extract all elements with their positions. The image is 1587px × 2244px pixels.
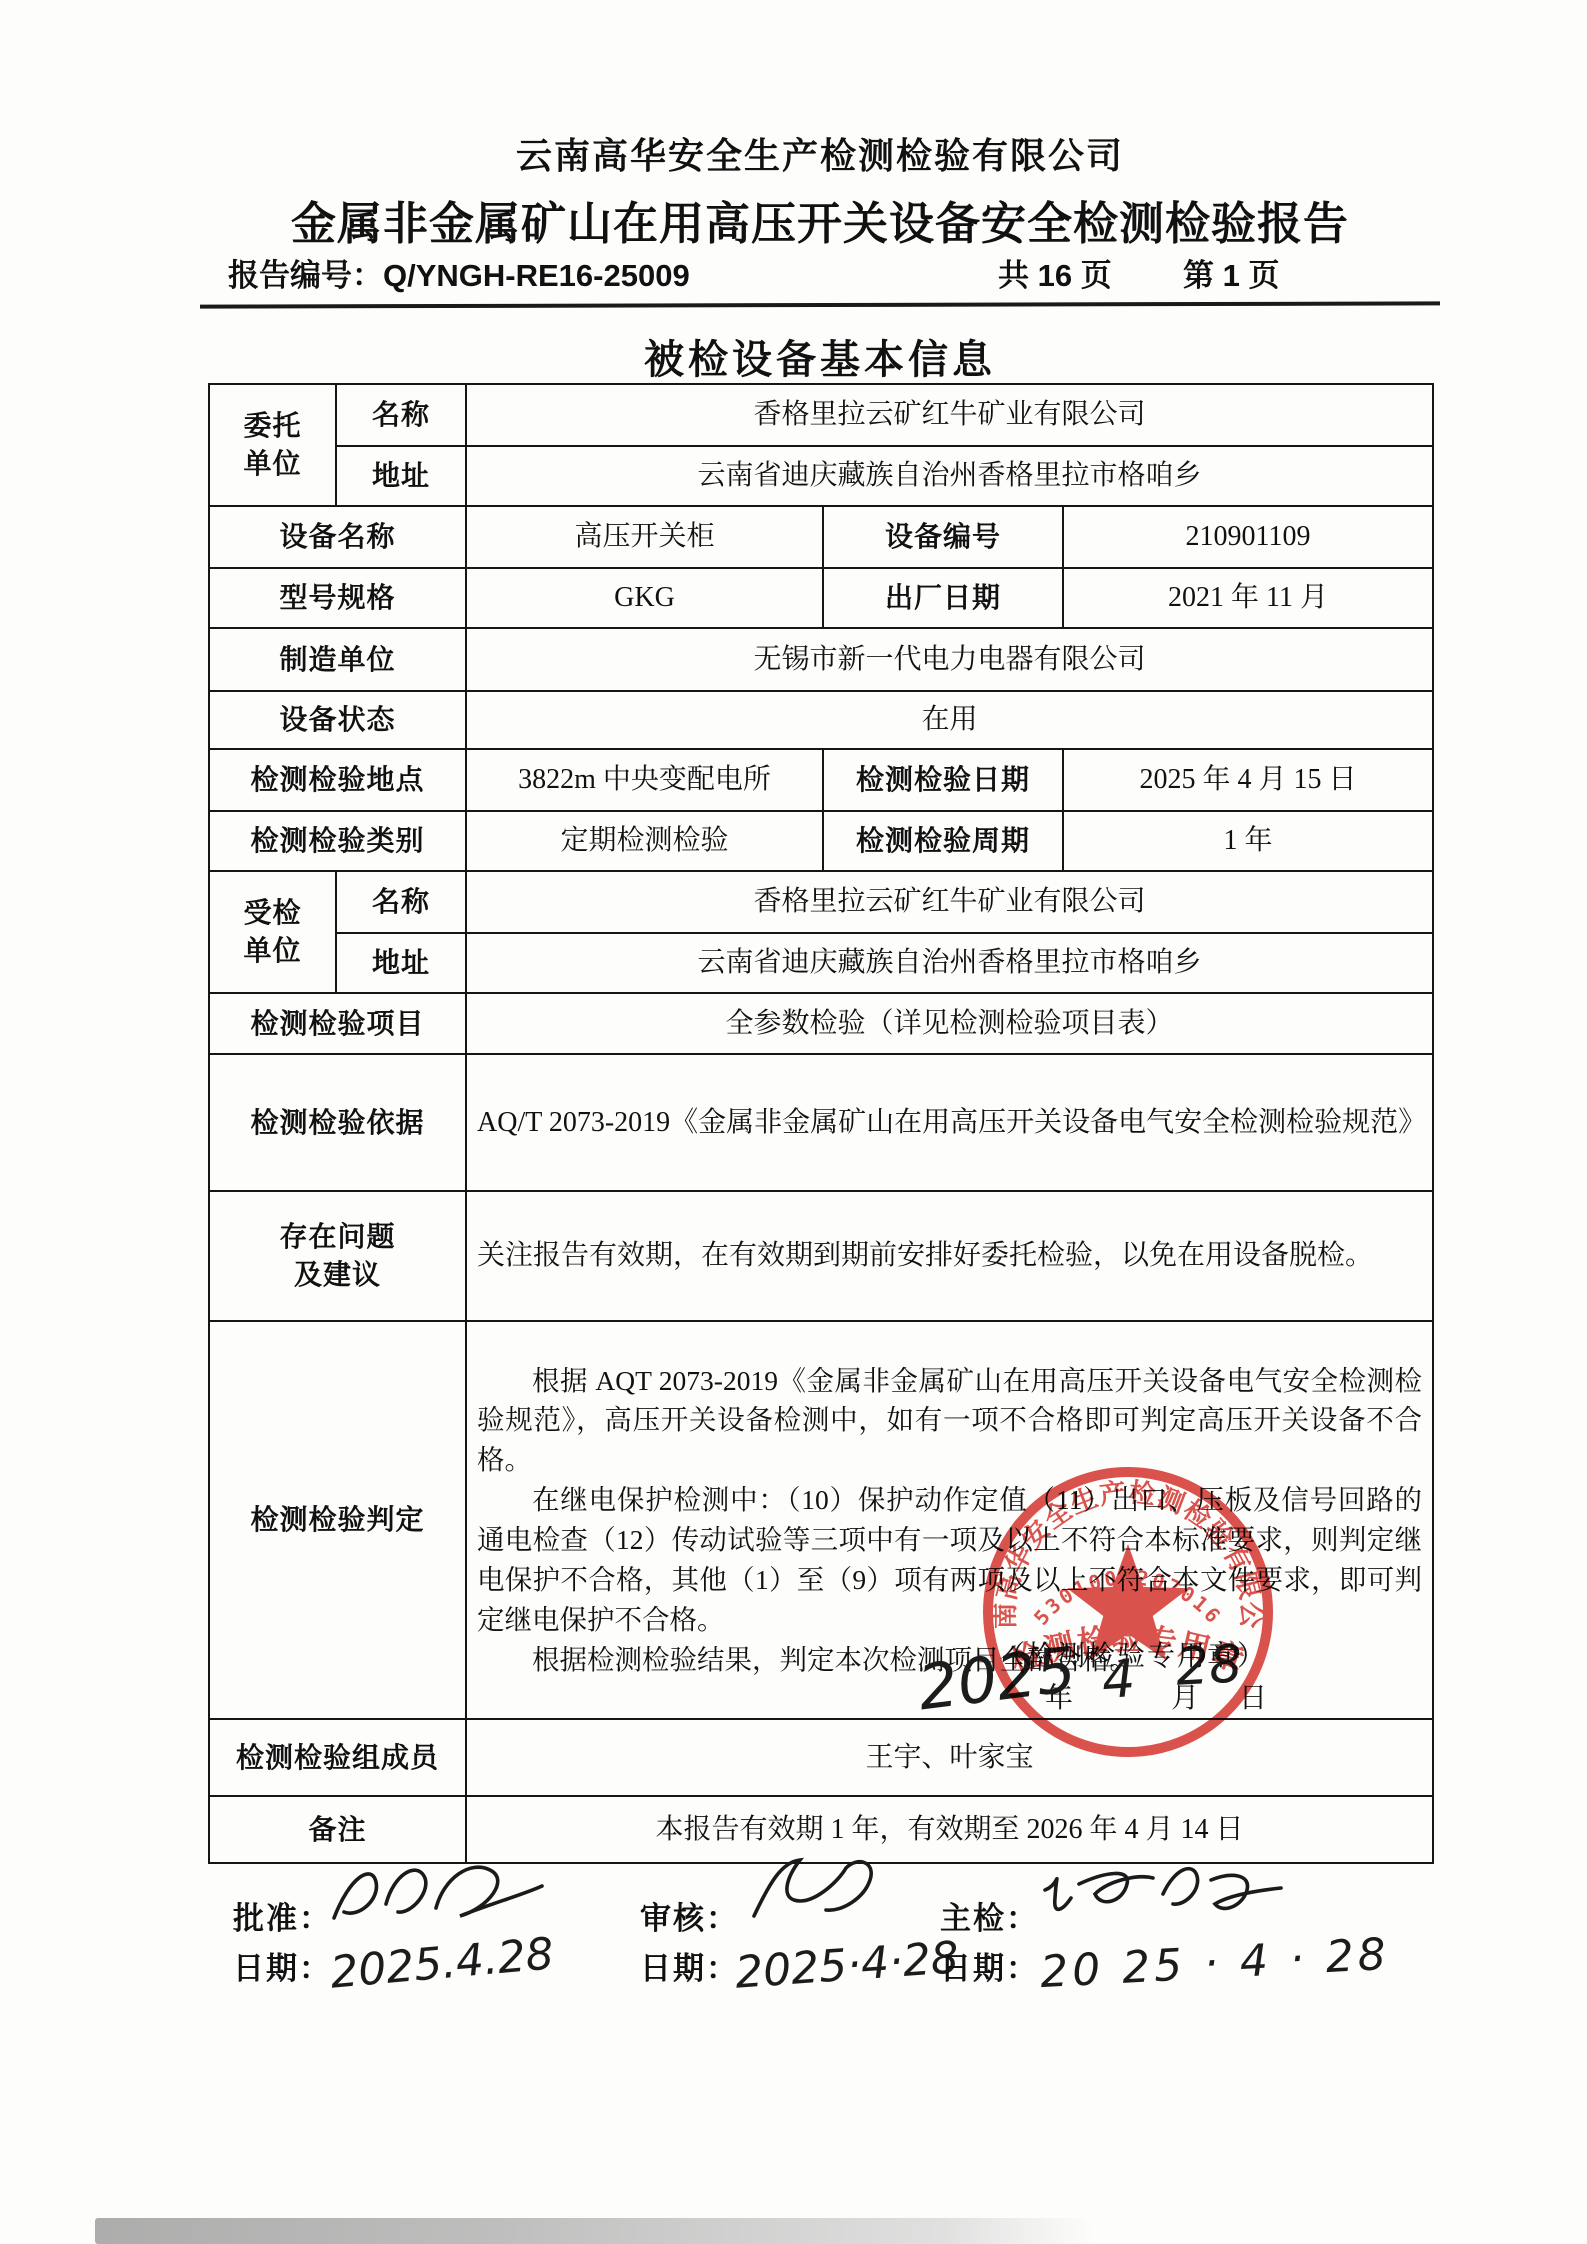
problems-label: 存在问题 及建议 xyxy=(209,1191,466,1321)
inspected-address-value: 云南省迪庆藏族自治州香格里拉市格咱乡 xyxy=(466,933,1433,993)
review-date-row: 日期： xyxy=(640,1943,739,1988)
period-value: 1 年 xyxy=(1063,811,1433,871)
review-date-value: 2025·4·28 xyxy=(733,1932,960,1998)
status-value: 在用 xyxy=(466,691,1433,749)
table-row: 设备名称 高压开关柜 设备编号 210901109 xyxy=(209,506,1433,568)
approve-label: 批准： xyxy=(233,1901,332,1936)
problems-value: 关注报告有效期，在有效期到期前安排好委托检验，以免在用设备脱检。 xyxy=(466,1191,1433,1321)
approve-row: 批准： xyxy=(233,1893,332,1938)
model-value: GKG xyxy=(466,568,823,628)
judgment-text: 根据 AQT 2073-2019《金属非金属矿山在用高压开关设备电气安全检测检验… xyxy=(477,1361,1422,1680)
table-row: 存在问题 及建议 关注报告有效期，在有效期到期前安排好委托检验，以免在用设备脱检… xyxy=(209,1191,1433,1321)
header-rule xyxy=(200,301,1440,308)
report-header: 云南高华安全生产检测检验有限公司 金属非金属矿山在用高压开关设备安全检测检验报告 xyxy=(208,128,1432,252)
approve-date-label: 日期： xyxy=(233,1951,332,1986)
items-value: 全参数检验（详见检测检验项目表） xyxy=(466,993,1433,1054)
report-title: 金属非金属矿山在用高压开关设备安全检测检验报告 xyxy=(208,187,1432,252)
table-row: 委托 单位 名称 香格里拉云矿红牛矿业有限公司 xyxy=(209,384,1433,446)
review-date-label: 日期： xyxy=(640,1951,739,1986)
chief-date-value: 20 25 · 4 · 28 xyxy=(1039,1929,1391,1998)
table-row: 型号规格 GKG 出厂日期 2021 年 11 月 xyxy=(209,568,1433,628)
category-value: 定期检测检验 xyxy=(466,811,823,871)
scan-smudge-artifact xyxy=(95,2218,1095,2244)
device-no-label: 设备编号 xyxy=(823,506,1063,568)
chief-label: 主检： xyxy=(940,1901,1039,1936)
items-label: 检测检验项目 xyxy=(209,993,466,1054)
chief-signature xyxy=(1035,1850,1295,1935)
inspection-seal: 云南高华安全生产检测检验有限公司 检测检验专用章 5301002207016 xyxy=(978,1462,1278,1762)
table-row: 地址 云南省迪庆藏族自治州香格里拉市格咱乡 xyxy=(209,933,1433,993)
inspected-group-label: 受检 单位 xyxy=(209,871,336,993)
judgment-paragraph-2: 在继电保护检测中：（10）保护动作定值（11）出口、压板及信号回路的通电检查（1… xyxy=(477,1480,1422,1640)
section-title: 被检设备基本信息 xyxy=(208,328,1432,385)
device-name-value: 高压开关柜 xyxy=(466,506,823,568)
approve-date-value: 2025.4.28 xyxy=(328,1928,556,1998)
period-label: 检测检验周期 xyxy=(823,811,1063,871)
table-row: 检测检验地点 3822m 中央变配电所 检测检验日期 2025 年 4 月 15… xyxy=(209,749,1433,811)
status-label: 设备状态 xyxy=(209,691,466,749)
seal-banner-text: 检测检验专用章 xyxy=(1006,1622,1250,1680)
review-label: 审核： xyxy=(640,1901,739,1936)
chief-date-label: 日期： xyxy=(940,1951,1039,1986)
review-signature xyxy=(742,1852,892,1932)
mfg-date-label: 出厂日期 xyxy=(823,568,1063,628)
judgment-label: 检测检验判定 xyxy=(209,1321,466,1719)
company-name: 云南高华安全生产检测检验有限公司 xyxy=(208,128,1432,179)
site-value: 3822m 中央变配电所 xyxy=(466,749,823,811)
team-value: 王宇、叶家宝 xyxy=(466,1719,1433,1796)
inspected-name-label: 名称 xyxy=(336,871,466,933)
manufacturer-label: 制造单位 xyxy=(209,628,466,691)
basis-value: AQ/T 2073-2019《金属非金属矿山在用高压开关设备电气安全检测检验规范… xyxy=(466,1054,1433,1191)
model-label: 型号规格 xyxy=(209,568,466,628)
inspected-address-label: 地址 xyxy=(336,933,466,993)
report-meta-line: 报告编号：Q/YNGH-RE16-25009 共 16 页 第 1 页 xyxy=(208,250,1432,296)
inspected-name-value: 香格里拉云矿红牛矿业有限公司 xyxy=(466,871,1433,933)
chief-date-row: 日期： xyxy=(940,1943,1039,1988)
report-number: 报告编号：Q/YNGH-RE16-25009 xyxy=(228,250,690,295)
client-address-label: 地址 xyxy=(336,446,466,506)
judgment-paragraph-1: 根据 AQT 2073-2019《金属非金属矿山在用高压开关设备电气安全检测检验… xyxy=(477,1361,1422,1481)
manufacturer-value: 无锡市新一代电力电器有限公司 xyxy=(466,628,1433,691)
review-row: 审核： xyxy=(640,1893,739,1938)
inspect-date-label: 检测检验日期 xyxy=(823,749,1063,811)
client-name-value: 香格里拉云矿红牛矿业有限公司 xyxy=(466,384,1433,446)
category-label: 检测检验类别 xyxy=(209,811,466,871)
table-row: 地址 云南省迪庆藏族自治州香格里拉市格咱乡 xyxy=(209,446,1433,506)
table-row: 检测检验类别 定期检测检验 检测检验周期 1 年 xyxy=(209,811,1433,871)
client-name-label: 名称 xyxy=(336,384,466,446)
total-pages: 共 16 页 xyxy=(998,250,1112,295)
basis-label: 检测检验依据 xyxy=(209,1054,466,1191)
mfg-date-value: 2021 年 11 月 xyxy=(1063,568,1433,628)
remark-label: 备注 xyxy=(209,1796,466,1863)
table-row: 制造单位 无锡市新一代电力电器有限公司 xyxy=(209,628,1433,691)
approve-signature xyxy=(320,1856,550,1936)
table-row: 检测检验依据 AQ/T 2073-2019《金属非金属矿山在用高压开关设备电气安… xyxy=(209,1054,1433,1191)
table-row: 设备状态 在用 xyxy=(209,691,1433,749)
chief-row: 主检： xyxy=(940,1893,1039,1938)
device-name-label: 设备名称 xyxy=(209,506,466,568)
current-page: 第 1 页 xyxy=(1183,250,1279,295)
approve-date-row: 日期： xyxy=(233,1943,332,1988)
inspect-date-value: 2025 年 4 月 15 日 xyxy=(1063,749,1433,811)
team-label: 检测检验组成员 xyxy=(209,1719,466,1796)
client-group-label: 委托 单位 xyxy=(209,384,336,506)
report-page: 云南高华安全生产检测检验有限公司 金属非金属矿山在用高压开关设备安全检测检验报告… xyxy=(0,0,1587,2244)
client-address-value: 云南省迪庆藏族自治州香格里拉市格咱乡 xyxy=(466,446,1433,506)
table-row: 检测检验项目 全参数检验（详见检测检验项目表） xyxy=(209,993,1433,1054)
table-row: 受检 单位 名称 香格里拉云矿红牛矿业有限公司 xyxy=(209,871,1433,933)
device-no-value: 210901109 xyxy=(1063,506,1433,568)
site-label: 检测检验地点 xyxy=(209,749,466,811)
